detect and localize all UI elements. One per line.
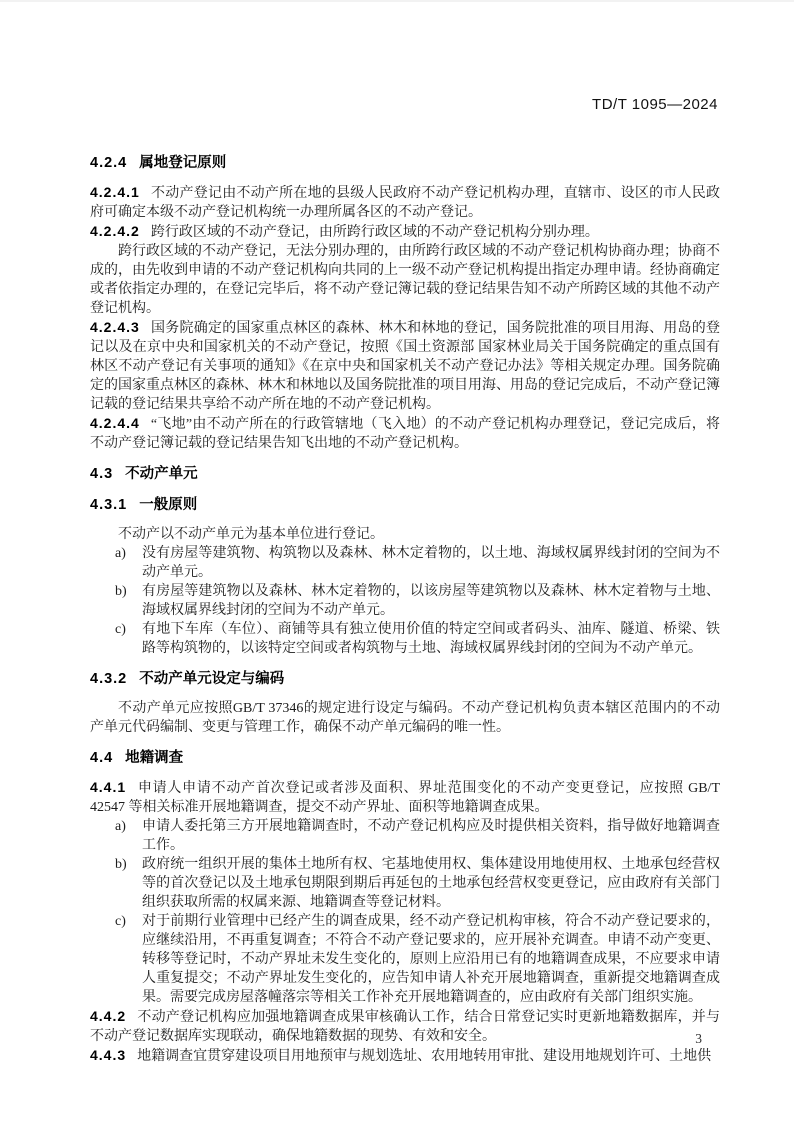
section-title: 不动产单元设定与编码 bbox=[139, 671, 284, 687]
clause-4-2-4-3: 4.2.4.3国务院确定的国家重点林区的森林、林木和林地的登记，国务院批准的项目… bbox=[90, 318, 720, 414]
list-item-a: a)没有房屋等建筑物、构筑物以及森林、林木定着物的，以土地、海域权属界线封闭的空… bbox=[90, 544, 720, 582]
list-item-c: c)对于前期行业管理中已经产生的调查成果，经不动产登记机构审核，符合不动产登记要… bbox=[90, 912, 720, 1007]
list-marker: b) bbox=[115, 582, 142, 620]
clause-4-4-2: 4.4.2不动产登记机构应加强地籍调查成果审核确认工作，结合日常登记实时更新地籍… bbox=[90, 1007, 720, 1046]
clause-number: 4.4.1 bbox=[90, 779, 126, 795]
clause-4-2-4-4: 4.2.4.4“飞地”由不动产所在的行政管辖地（飞入地）的不动产登记机构办理登记… bbox=[90, 414, 720, 453]
section-number: 4.4 bbox=[90, 750, 113, 766]
clause-text: 国务院确定的国家重点林区的森林、林木和林地的登记，国务院批准的项目用海、用岛的登… bbox=[90, 321, 720, 412]
list-marker: a) bbox=[115, 544, 142, 582]
section-heading-4-3-2: 4.3.2不动产单元设定与编码 bbox=[90, 670, 720, 689]
clause-number: 4.2.4.4 bbox=[90, 415, 140, 431]
section-heading-4-3-1: 4.3.1一般原则 bbox=[90, 496, 720, 515]
clause-4-4-3: 4.4.3地籍调查宜贯穿建设项目用地预审与规划选址、农用地转用审批、建设用地规划… bbox=[90, 1046, 720, 1066]
clause-number: 4.2.4.1 bbox=[90, 184, 140, 200]
list-item-c: c)有地下车库（车位）、商铺等具有独立使用价值的特定空间或者码头、油库、隧道、桥… bbox=[90, 620, 720, 658]
list-text: 政府统一组织开展的集体土地所有权、宅基地使用权、集体建设用地使用权、土地承包经营… bbox=[142, 855, 720, 912]
section-title: 属地登记原则 bbox=[139, 155, 226, 171]
list-item-b: b)有房屋等建筑物以及森林、林木定着物的，以该房屋等建筑物以及森林、林木定着物与… bbox=[90, 582, 720, 620]
section-heading-4-3: 4.3不动产单元 bbox=[90, 465, 720, 484]
list-item-a: a)申请人委托第三方开展地籍调查时，不动产登记机构应及时提供相关资料，指导做好地… bbox=[90, 817, 720, 855]
paragraph: 不动产单元应按照GB/T 37346的规定进行设定与编码。不动产登记机构负责本辖… bbox=[90, 699, 720, 737]
section-number: 4.3 bbox=[90, 466, 113, 482]
list-item-b: b)政府统一组织开展的集体土地所有权、宅基地使用权、集体建设用地使用权、土地承包… bbox=[90, 855, 720, 912]
section-heading-4-2-4: 4.2.4属地登记原则 bbox=[90, 154, 720, 173]
document-page: TD/T 1095—2024 4.2.4属地登记原则 4.2.4.1不动产登记由… bbox=[0, 0, 794, 1122]
section-title: 不动产单元 bbox=[125, 466, 198, 482]
clause-text: 跨行政区域的不动产登记，由所跨行政区域的不动产登记机构分别办理。 bbox=[151, 225, 599, 240]
clause-text: “飞地”由不动产所在的行政管辖地（飞入地）的不动产登记机构办理登记，登记完成后，… bbox=[90, 417, 720, 451]
list-marker: c) bbox=[115, 912, 142, 1007]
page-number: 3 bbox=[695, 1031, 702, 1047]
clause-text: 地籍调查宜贯穿建设项目用地预审与规划选址、农用地转用审批、建设用地规划许可、土地… bbox=[137, 1049, 711, 1064]
clause-number: 4.4.2 bbox=[90, 1008, 126, 1024]
page-content: 4.2.4属地登记原则 4.2.4.1不动产登记由不动产所在地的县级人民政府不动… bbox=[90, 154, 720, 1066]
paragraph: 跨行政区域的不动产登记，无法分别办理的，由所跨行政区域的不动产登记机构协商办理；… bbox=[90, 242, 720, 318]
clause-4-2-4-2: 4.2.4.2跨行政区域的不动产登记，由所跨行政区域的不动产登记机构分别办理。 bbox=[90, 222, 720, 242]
clause-text: 不动产登记机构应加强地籍调查成果审核确认工作，结合日常登记实时更新地籍数据库，并… bbox=[90, 1010, 720, 1044]
list-marker: c) bbox=[115, 620, 142, 658]
section-title: 一般原则 bbox=[139, 497, 197, 513]
list-text: 申请人委托第三方开展地籍调查时，不动产登记机构应及时提供相关资料，指导做好地籍调… bbox=[142, 817, 720, 855]
section-number: 4.2.4 bbox=[90, 155, 127, 171]
list-text: 有房屋等建筑物以及森林、林木定着物的，以该房屋等建筑物以及森林、林木定着物与土地… bbox=[142, 582, 720, 620]
clause-text: 不动产登记由不动产所在地的县级人民政府不动产登记机构办理，直辖市、设区的市人民政… bbox=[90, 186, 720, 220]
clause-4-4-1: 4.4.1申请人申请不动产首次登记或者涉及面积、界址范围变化的不动产变更登记，应… bbox=[90, 778, 720, 817]
clause-text: 申请人申请不动产首次登记或者涉及面积、界址范围变化的不动产变更登记，应按照 GB… bbox=[90, 781, 720, 815]
clause-4-2-4-1: 4.2.4.1不动产登记由不动产所在地的县级人民政府不动产登记机构办理，直辖市、… bbox=[90, 183, 720, 222]
section-heading-4-4: 4.4地籍调查 bbox=[90, 749, 720, 768]
section-number: 4.3.2 bbox=[90, 671, 127, 687]
list-marker: a) bbox=[115, 817, 142, 855]
clause-number: 4.2.4.3 bbox=[90, 319, 140, 335]
clause-number: 4.2.4.2 bbox=[90, 223, 140, 239]
section-number: 4.3.1 bbox=[90, 497, 127, 513]
list-text: 有地下车库（车位）、商铺等具有独立使用价值的特定空间或者码头、油库、隧道、桥梁、… bbox=[142, 620, 720, 658]
doc-number: TD/T 1095—2024 bbox=[592, 96, 718, 113]
paragraph: 不动产以不动产单元为基本单位进行登记。 bbox=[90, 525, 720, 544]
list-text: 对于前期行业管理中已经产生的调查成果，经不动产登记机构审核，符合不动产登记要求的… bbox=[142, 912, 720, 1007]
clause-number: 4.4.3 bbox=[90, 1047, 126, 1063]
section-title: 地籍调查 bbox=[125, 750, 183, 766]
list-text: 没有房屋等建筑物、构筑物以及森林、林木定着物的，以土地、海域权属界线封闭的空间为… bbox=[142, 544, 720, 582]
list-marker: b) bbox=[115, 855, 142, 912]
